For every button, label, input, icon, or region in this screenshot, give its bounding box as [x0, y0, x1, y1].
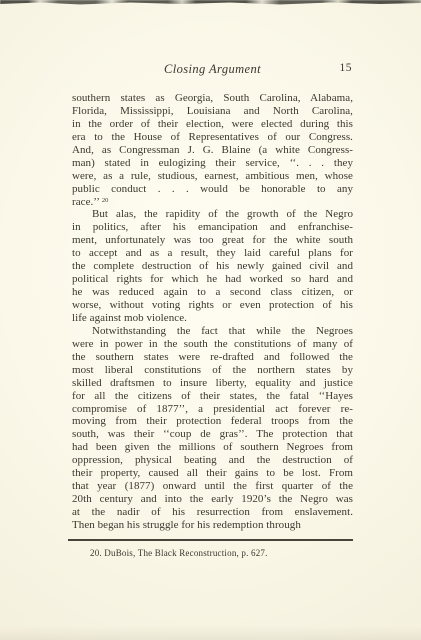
- text-line: had been given the millions of southern …: [72, 441, 353, 454]
- text-line: life against mob violence.: [72, 312, 353, 325]
- footnote-divider: [68, 539, 353, 541]
- page-bottom-shading: [0, 626, 421, 640]
- scan-edge-artifact: [0, 0, 421, 5]
- running-header-title: Closing Argument: [72, 62, 353, 77]
- text-line: race.’’ 20: [72, 196, 353, 209]
- text-line: to accept and as a result, they laid car…: [72, 247, 353, 260]
- text-line: compromise of 1877’’, a presidential act…: [72, 403, 353, 416]
- text-line: their property, caused all their gains t…: [72, 467, 353, 480]
- text-line: Florida, Mississippi, Louisiana and Nort…: [72, 105, 353, 118]
- text-line: Notwithstanding the fact that while the …: [72, 325, 353, 338]
- text-line: he was reduced again to a second class c…: [72, 286, 353, 299]
- text-line: for all the citizens of their states, th…: [72, 390, 353, 403]
- text-line: in politics, after his emancipation and …: [72, 221, 353, 234]
- text-line: Then began his struggle for his redempti…: [72, 519, 353, 532]
- text-line: 20th century and into the early 1920’s t…: [72, 493, 353, 506]
- text-line: oppression, physical beating and the des…: [72, 454, 353, 467]
- text-line: But alas, the rapidity of the growth of …: [72, 208, 353, 221]
- footnote-reference: 20: [102, 197, 109, 204]
- body-text: southern states as Georgia, South Caroli…: [72, 92, 353, 532]
- text-line: southern states as Georgia, South Caroli…: [72, 92, 353, 105]
- running-header: Closing Argument 15: [72, 62, 353, 78]
- text-line: that year (1877) onward until the first …: [72, 480, 353, 493]
- text-line: in the order of their election, were ele…: [72, 118, 353, 131]
- text-line: most liberal constitutions of the northe…: [72, 364, 353, 377]
- text-line: public conduct . . . would be honorable …: [72, 183, 353, 196]
- text-line: were, as a rule, studious, earnest, ambi…: [72, 170, 353, 183]
- text-line: political rights for which he had worked…: [72, 273, 353, 286]
- page-number: 15: [340, 62, 353, 74]
- text-line: worse, without voting rights or even pro…: [72, 299, 353, 312]
- text-line: were in power in the south the constitut…: [72, 338, 353, 351]
- footnote: 20. DuBois, The Black Reconstruction, p.…: [72, 548, 353, 559]
- text-line: moving from their protection federal tro…: [72, 415, 353, 428]
- text-line: at the nadir of his resurrection from en…: [72, 506, 353, 519]
- text-line: skilled draftsmen to insure liberty, equ…: [72, 377, 353, 390]
- text-line: the complete destruction of his newly ga…: [72, 260, 353, 273]
- text-line: ment, unfortunately was too great for th…: [72, 234, 353, 247]
- text-line: the southern states were re-drafted and …: [72, 351, 353, 364]
- text-line: man) stated in eulogizing their service,…: [72, 157, 353, 170]
- book-page: Closing Argument 15 southern states as G…: [0, 0, 421, 640]
- text-line: era to the House of Representatives of o…: [72, 131, 353, 144]
- text-line: And, as Congressman J. G. Blaine (a whit…: [72, 144, 353, 157]
- text-line: south, was their ‘‘coup de gras’’. The p…: [72, 428, 353, 441]
